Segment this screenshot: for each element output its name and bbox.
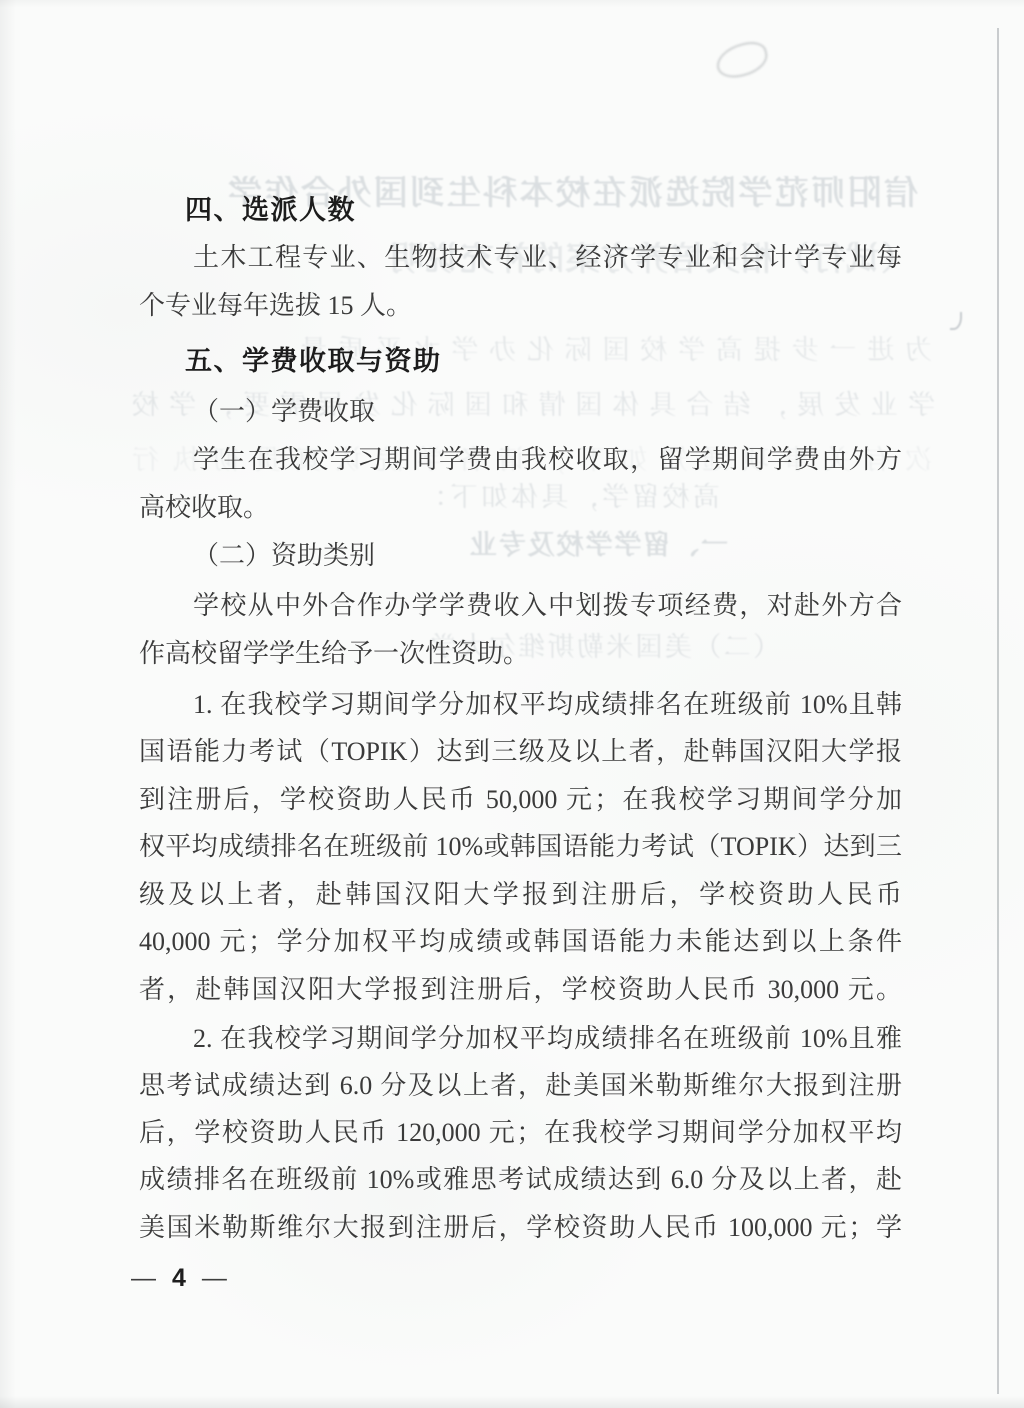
page-bottom-edge-shadow <box>0 1396 1024 1408</box>
ink-smudge <box>713 38 771 82</box>
doc-line-item-2: 2. 在我校学习期间学分加权平均成绩排名在班级前 10%且雅 <box>139 1021 902 1063</box>
page-left-edge-shadow <box>0 0 16 1408</box>
scanned-document-page: 信阳师范学院选派在校本科生到国外合作学 （试行）相关培养方案的补充说明 为进一步… <box>0 0 1024 1408</box>
page-number-right-dash: — <box>202 1264 227 1293</box>
doc-line: 40,000 元；学分加权平均成绩或韩国语能力未能达到以上条件 <box>139 924 902 966</box>
heading-section-4-selection-count: 四、选派人数 <box>139 192 902 234</box>
heading-section-5-tuition-and-subsidy: 五、学费收取与资助 <box>139 343 902 385</box>
doc-line: 个专业每年选拔 15 人。 <box>139 288 902 330</box>
doc-line: 高校收取。 <box>139 490 902 532</box>
doc-line-item-1: 1. 在我校学习期间学分加权平均成绩排名在班级前 10%且韩 <box>139 687 902 729</box>
page-right-edge-line <box>997 28 999 1394</box>
doc-line: 学校从中外合作办学学费收入中划拨专项经费，对赴外方合 <box>139 588 902 630</box>
doc-line: 国语能力考试（TOPIK）达到三级及以上者，赴韩国汉阳大学报 <box>139 734 902 776</box>
page-number: — 4 — <box>131 1264 227 1293</box>
doc-line: 作高校留学学生给予一次性资助。 <box>139 636 902 678</box>
doc-line: 权平均成绩排名在班级前 10%或韩国语能力考试（TOPIK）达到三 <box>139 829 902 871</box>
subheading-subsidy-categories: （二）资助类别 <box>139 538 902 580</box>
page-number-value: 4 <box>172 1264 186 1293</box>
subheading-tuition-collection: （一）学费收取 <box>139 394 902 436</box>
page-number-left-dash: — <box>131 1264 156 1293</box>
doc-line: 到注册后，学校资助人民币 50,000 元；在我校学习期间学分加 <box>139 782 902 824</box>
doc-line: 级及以上者，赴韩国汉阳大学报到注册后，学校资助人民币 <box>139 877 902 919</box>
doc-line: 后，学校资助人民币 120,000 元；在我校学习期间学分加权平均 <box>139 1115 902 1157</box>
faint-pen-mark <box>950 312 962 330</box>
doc-line: 成绩排名在班级前 10%或雅思考试成绩达到 6.0 分及以上者，赴 <box>139 1162 902 1204</box>
doc-line: 思考试成绩达到 6.0 分及以上者，赴美国米勒斯维尔大报到注册 <box>139 1068 902 1110</box>
page-top-edge-shadow <box>0 0 1024 8</box>
doc-line: 者，赴韩国汉阳大学报到注册后，学校资助人民币 30,000 元。 <box>139 972 902 1014</box>
doc-line: 土木工程专业、生物技术专业、经济学专业和会计学专业每 <box>139 240 902 282</box>
doc-line: 美国米勒斯维尔大报到注册后，学校资助人民币 100,000 元；学 <box>139 1210 902 1252</box>
doc-line: 学生在我校学习期间学费由我校收取，留学期间学费由外方 <box>139 442 902 484</box>
